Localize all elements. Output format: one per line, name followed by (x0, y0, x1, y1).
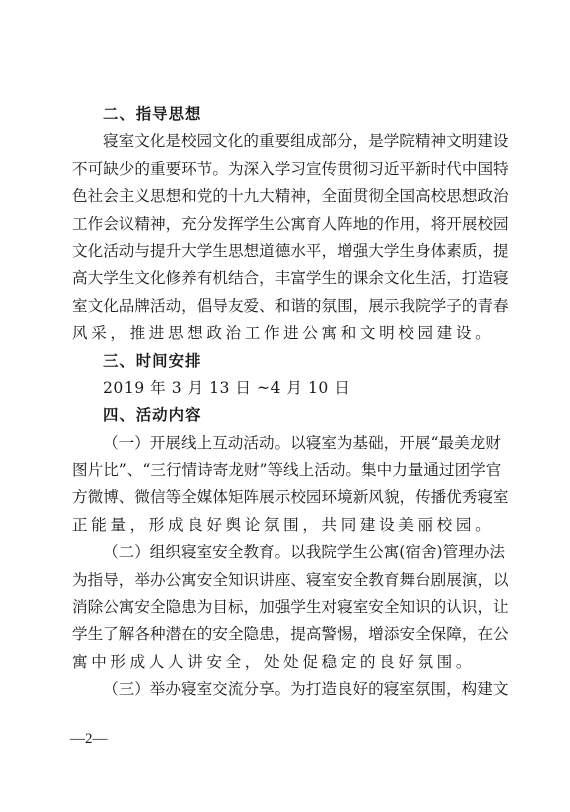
paragraph-guiding-ideology: 寝室文化是校园文化的重要组成部分，是学院精神文明建设 不可缺少的重要环节。为深入… (72, 128, 500, 347)
text-line: 图片比”、“三行情诗寄龙财”等线上活动。集中力量通过团学官 (72, 457, 500, 484)
paragraph-activity-safety: （二）组织寝室安全教育。以我院学生公寓(宿舍)管理办法 为指导，举办公寓安全知识… (72, 539, 500, 676)
text-line: 不可缺少的重要环节。为深入学习宣传贯彻习近平新时代中国特 (72, 156, 500, 183)
text-line: 风采，推进思想政治工作进公寓和文明校园建设。 (72, 320, 500, 347)
text-line: （一）开展线上互动活动。以寝室为基础，开展“最美龙财 (72, 430, 500, 457)
text-line: 寓中形成人人讲安全，处处促稳定的良好氛围。 (72, 649, 500, 676)
text-line: （二）组织寝室安全教育。以我院学生公寓(宿舍)管理办法 (72, 539, 500, 566)
paragraph-activity-online: （一）开展线上互动活动。以寝室为基础，开展“最美龙财 图片比”、“三行情诗寄龙财… (72, 430, 500, 540)
text-line: 寝室文化是校园文化的重要组成部分，是学院精神文明建设 (72, 128, 500, 155)
text-line: 高大学生文化修养有机结合，丰富学生的课余文化生活，打造寝 (72, 265, 500, 292)
section-heading-guiding-ideology: 二、指导思想 (72, 101, 500, 128)
section-heading-activities: 四、活动内容 (72, 402, 500, 429)
text-line: 为指导，举办公寓安全知识讲座、寝室安全教育舞台剧展演，以 (72, 567, 500, 594)
schedule-date-range: 2019 年 3 月 13 日 ~4 月 10 日 (72, 375, 500, 402)
page-number: —2— (70, 731, 108, 748)
text-line: 方微博、微信等全媒体矩阵展示校园环境新风貌，传播优秀寝室 (72, 484, 500, 511)
text-line: 学生了解各种潜在的安全隐患，提高警惕，增添安全保障，在公 (72, 621, 500, 648)
text-line: 工作会议精神，充分发挥学生公寓育人阵地的作用，将开展校园 (72, 211, 500, 238)
document-page: 二、指导思想 寝室文化是校园文化的重要组成部分，是学院精神文明建设 不可缺少的重… (0, 0, 570, 812)
document-body: 二、指导思想 寝室文化是校园文化的重要组成部分，是学院精神文明建设 不可缺少的重… (72, 101, 500, 704)
text-line: （三）举办寝室交流分享。为打造良好的寝室氛围，构建文 (72, 676, 500, 703)
text-line: 消除公寓安全隐患为目标，加强学生对寝室安全知识的认识，让 (72, 594, 500, 621)
text-line: 文化活动与提升大学生思想道德水平，增强大学生身体素质，提 (72, 238, 500, 265)
text-line: 正能量，形成良好舆论氛围，共同建设美丽校园。 (72, 512, 500, 539)
section-heading-schedule: 三、时间安排 (72, 348, 500, 375)
paragraph-activity-sharing: （三）举办寝室交流分享。为打造良好的寝室氛围，构建文 (72, 676, 500, 703)
text-line: 色社会主义思想和党的十九大精神，全面贯彻全国高校思想政治 (72, 183, 500, 210)
text-line: 室文化品牌活动，倡导友爱、和谐的氛围，展示我院学子的青春 (72, 293, 500, 320)
